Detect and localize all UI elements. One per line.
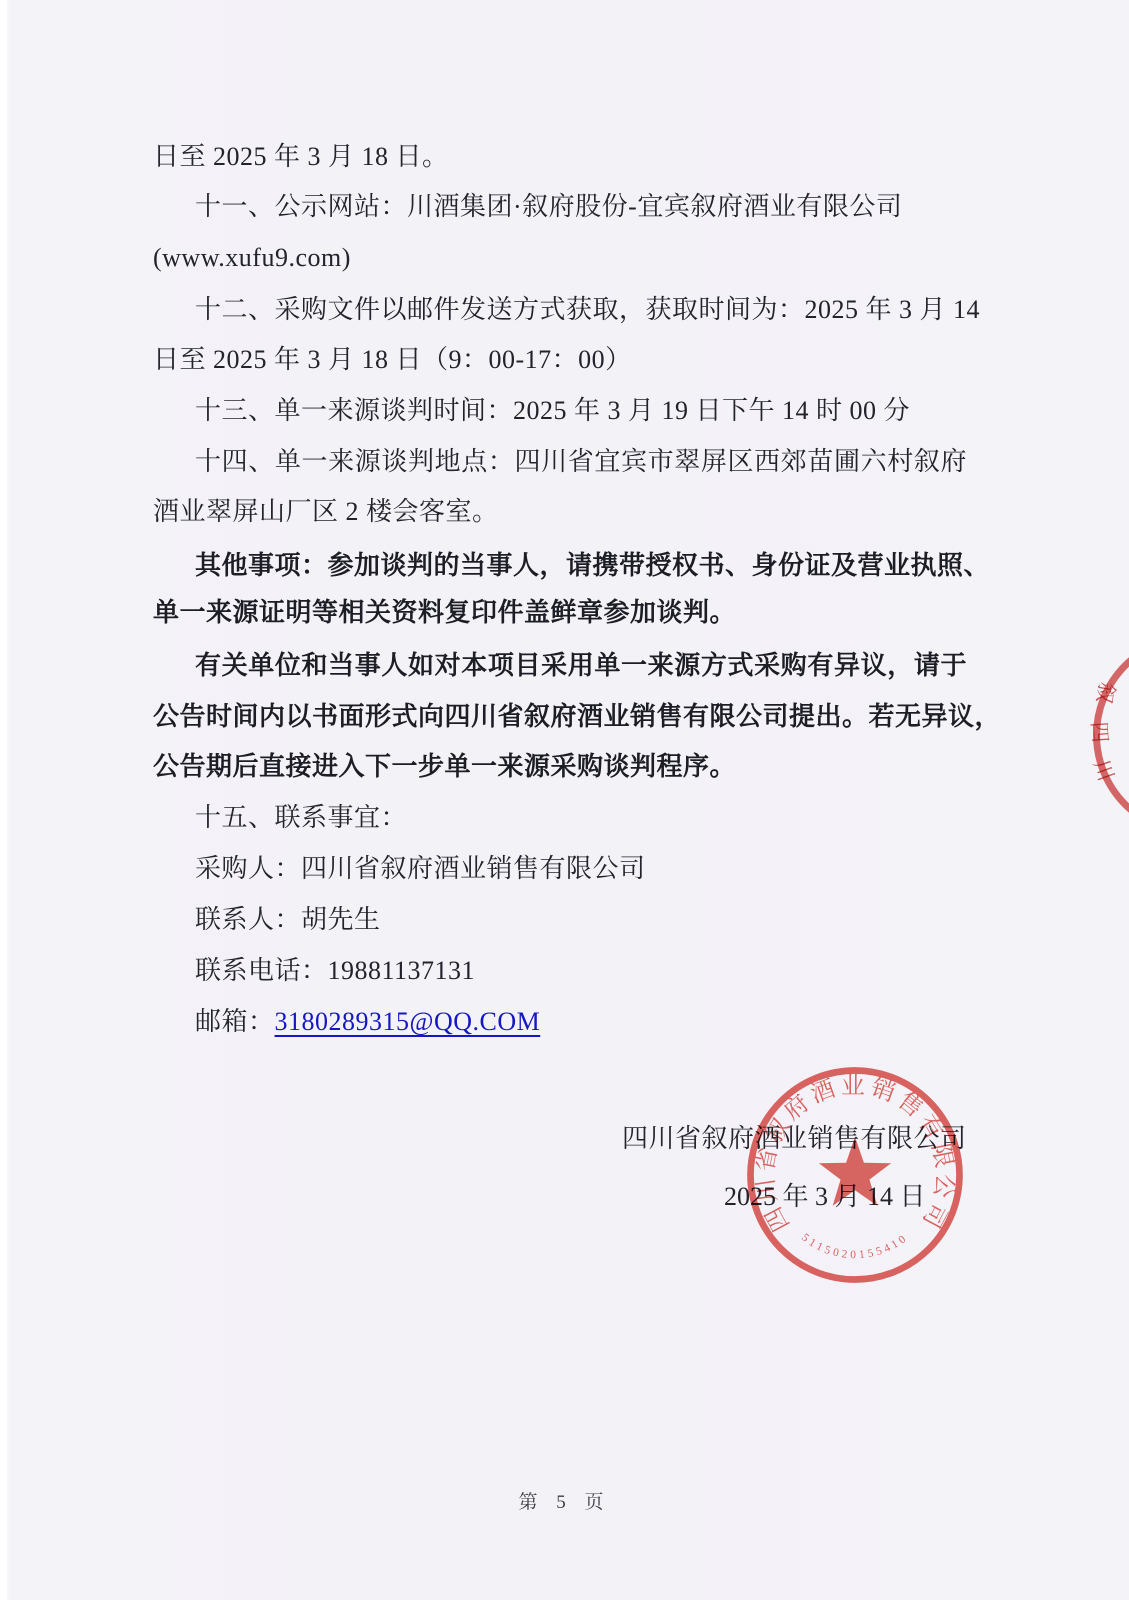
email-link[interactable]: 3180289315@QQ.COM	[275, 1007, 541, 1036]
document-line: 十一、公示网站：川酒集团·叙府股份-宜宾叙府酒业有限公司	[153, 187, 967, 227]
document-line: 十三、单一来源谈判时间：2025 年 3 月 19 日下午 14 时 00 分	[153, 391, 967, 431]
seal-number: 5115020155410	[799, 1231, 911, 1261]
document-line: 十四、单一来源谈判地点：四川省宜宾市翠屏区西郊苗圃六村叙府	[153, 442, 967, 482]
scanned-document-page: { "page": { "background": "#f3f2f7", "fo…	[0, 0, 1129, 1600]
company-seal: 四川省叙府酒业销售有限公司 5115020155410	[741, 1061, 969, 1289]
document-line: 邮箱：3180289315@QQ.COM	[153, 1002, 967, 1042]
document-line: 联系人：胡先生	[153, 900, 967, 940]
document-line: 单一来源证明等相关资料复印件盖鲜章参加谈判。	[153, 592, 967, 632]
document-line: 十五、联系事宜：	[153, 798, 967, 838]
scan-edge	[0, 0, 7, 1600]
email-label: 邮箱：	[195, 1007, 275, 1036]
document-line: 十二、采购文件以邮件发送方式获取，获取时间为：2025 年 3 月 14	[153, 290, 967, 330]
document-line: 酒业翠屏山厂区 2 楼会客室。	[153, 492, 967, 532]
document-line: 日至 2025 年 3 月 18 日（9：00-17：00）	[153, 340, 967, 380]
document-line: 有关单位和当事人如对本项目采用单一来源方式采购有异议，请于	[153, 645, 967, 685]
document-line: 采购人：四川省叙府酒业销售有限公司	[153, 849, 967, 889]
document-line: 日至 2025 年 3 月 18 日。	[153, 137, 967, 177]
page-number: 第 5 页	[0, 1487, 1129, 1514]
document-line: 公告时间内以书面形式向四川省叙府酒业销售有限公司提出。若无异议，	[153, 696, 967, 736]
seal-star-icon	[819, 1137, 891, 1206]
document-line: (www.xufu9.com)	[153, 238, 967, 278]
document-line: 联系电话：19881137131	[153, 951, 967, 991]
document-line: 其他事项：参加谈判的当事人，请携带授权书、身份证及营业执照、	[153, 545, 967, 585]
document-line: 公告期后直接进入下一步单一来源采购谈判程序。	[153, 746, 967, 786]
